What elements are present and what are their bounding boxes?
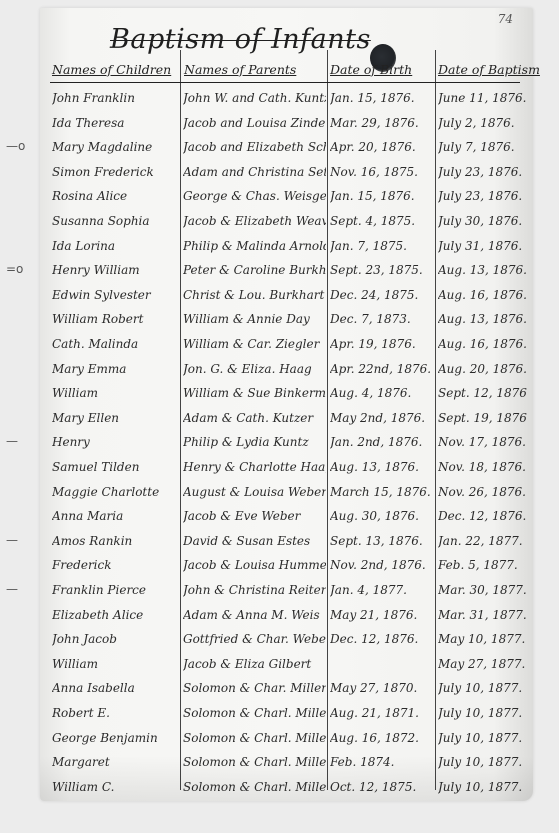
table-row: John FranklinJohn W. and Cath. KuntzJan.… bbox=[40, 88, 533, 112]
table-row: John JacobGottfried & Char. WeberDec. 12… bbox=[40, 629, 533, 653]
table-row: Cath. MalindaWilliam & Car. ZieglerApr. … bbox=[40, 334, 533, 358]
birth-date: Sept. 13, 1876. bbox=[330, 534, 435, 548]
baptism-date: July 10, 1877. bbox=[438, 731, 528, 745]
parents-names: Jon. G. & Eliza. Haag bbox=[183, 362, 326, 376]
table-row: —HenryPhilip & Lydia KuntzJan. 2nd, 1876… bbox=[40, 432, 533, 456]
parents-names: Jacob & Louisa Hummel bbox=[183, 558, 326, 572]
parents-names: John & Christina Reiter bbox=[183, 583, 326, 597]
child-name: Robert E. bbox=[52, 706, 180, 720]
baptism-date: Mar. 31, 1877. bbox=[438, 608, 528, 622]
parents-names: David & Susan Estes bbox=[183, 534, 326, 548]
parents-names: William & Annie Day bbox=[183, 312, 326, 326]
table-row: Ida LorinaPhilip & Malinda ArnoldJan. 7,… bbox=[40, 236, 533, 260]
birth-date: Sept. 23, 1875. bbox=[330, 263, 435, 277]
birth-date: March 15, 1876. bbox=[330, 485, 435, 499]
baptism-date: July 10, 1877. bbox=[438, 681, 528, 695]
parents-names: Solomon & Charl. Miller bbox=[183, 731, 326, 745]
child-name: Rosina Alice bbox=[52, 189, 180, 203]
baptism-date: July 31, 1876. bbox=[438, 239, 528, 253]
margin-mark: =o bbox=[6, 262, 23, 276]
birth-date: May 2nd, 1876. bbox=[330, 411, 435, 425]
birth-date: Jan. 4, 1877. bbox=[330, 583, 435, 597]
parents-names: Gottfried & Char. Weber bbox=[183, 632, 326, 646]
birth-date: Aug. 30, 1876. bbox=[330, 509, 435, 523]
birth-date: Aug. 21, 1871. bbox=[330, 706, 435, 720]
table-row: Samuel TildenHenry & Charlotte HaagAug. … bbox=[40, 457, 533, 481]
table-row: —Amos RankinDavid & Susan EstesSept. 13,… bbox=[40, 531, 533, 555]
parents-names: Jacob & Eliza Gilbert bbox=[183, 657, 326, 671]
birth-date: Dec. 12, 1876. bbox=[330, 632, 435, 646]
child-name: Maggie Charlotte bbox=[52, 485, 180, 499]
baptism-date: Nov. 18, 1876. bbox=[438, 460, 528, 474]
parents-names: Christ & Lou. Burkhart bbox=[183, 288, 326, 302]
child-name: Mary Magdaline bbox=[52, 140, 180, 154]
page-number: 74 bbox=[498, 12, 513, 26]
baptism-date: July 30, 1876. bbox=[438, 214, 528, 228]
birth-date: Jan. 15, 1876. bbox=[330, 189, 435, 203]
parents-names: August & Louisa Weber bbox=[183, 485, 326, 499]
header-baptism: Date of Baptism bbox=[438, 62, 540, 77]
birth-date: Dec. 24, 1875. bbox=[330, 288, 435, 302]
table-row: Mary EllenAdam & Cath. KutzerMay 2nd, 18… bbox=[40, 408, 533, 432]
birth-date: Dec. 7, 1873. bbox=[330, 312, 435, 326]
baptism-date: July 10, 1877. bbox=[438, 706, 528, 720]
birth-date: Jan. 7, 1875. bbox=[330, 239, 435, 253]
baptism-date: Aug. 13, 1876. bbox=[438, 263, 528, 277]
parents-names: Jacob and Elizabeth Schultz bbox=[183, 140, 326, 154]
child-name: Henry William bbox=[52, 263, 180, 277]
child-name: Franklin Pierce bbox=[52, 583, 180, 597]
baptism-date: June 11, 1876. bbox=[438, 91, 528, 105]
table-row: WilliamJacob & Eliza GilbertMay 27, 1877… bbox=[40, 654, 533, 678]
child-name: William bbox=[52, 657, 180, 671]
margin-mark: — bbox=[6, 434, 18, 448]
child-name: William Robert bbox=[52, 312, 180, 326]
parents-names: William & Car. Ziegler bbox=[183, 337, 326, 351]
baptism-date: Jan. 22, 1877. bbox=[438, 534, 528, 548]
baptism-date: July 23, 1876. bbox=[438, 189, 528, 203]
child-name: John Franklin bbox=[52, 91, 180, 105]
parents-names: Solomon & Char. Miller bbox=[183, 681, 326, 695]
table-row: FrederickJacob & Louisa HummelNov. 2nd, … bbox=[40, 555, 533, 579]
baptism-date: Nov. 17, 1876. bbox=[438, 435, 528, 449]
parents-names: Jacob and Louisa Zinder bbox=[183, 116, 326, 130]
child-name: Ida Lorina bbox=[52, 239, 180, 253]
child-name: William bbox=[52, 386, 180, 400]
table-row: =oHenry WilliamPeter & Caroline Burkhart… bbox=[40, 260, 533, 284]
parents-names: Philip & Malinda Arnold bbox=[183, 239, 326, 253]
parents-names: Peter & Caroline Burkhart bbox=[183, 263, 326, 277]
header-children: Names of Children bbox=[52, 62, 171, 77]
table-row: Susanna SophiaJacob & Elizabeth WeaverSe… bbox=[40, 211, 533, 235]
baptism-date: Nov. 26, 1876. bbox=[438, 485, 528, 499]
child-name: Amos Rankin bbox=[52, 534, 180, 548]
child-name: Cath. Malinda bbox=[52, 337, 180, 351]
child-name: Anna Isabella bbox=[52, 681, 180, 695]
child-name: John Jacob bbox=[52, 632, 180, 646]
baptism-date: Feb. 5, 1877. bbox=[438, 558, 528, 572]
birth-date: Aug. 13, 1876. bbox=[330, 460, 435, 474]
parents-names: George & Chas. Weisgerber bbox=[183, 189, 326, 203]
parents-names: Adam and Christina Seth bbox=[183, 165, 326, 179]
table-row: Ida TheresaJacob and Louisa ZinderMar. 2… bbox=[40, 113, 533, 137]
baptism-date: July 23, 1876. bbox=[438, 165, 528, 179]
baptism-date: Aug. 13, 1876. bbox=[438, 312, 528, 326]
parents-names: Henry & Charlotte Haag bbox=[183, 460, 326, 474]
baptism-date: May 27, 1877. bbox=[438, 657, 528, 671]
parents-names: Jacob & Elizabeth Weaver bbox=[183, 214, 326, 228]
child-name: Edwin Sylvester bbox=[52, 288, 180, 302]
birth-date: Jan. 2nd, 1876. bbox=[330, 435, 435, 449]
baptism-date: Aug. 20, 1876. bbox=[438, 362, 528, 376]
birth-date: Nov. 2nd, 1876. bbox=[330, 558, 435, 572]
child-name: Elizabeth Alice bbox=[52, 608, 180, 622]
table-row: Edwin SylvesterChrist & Lou. BurkhartDec… bbox=[40, 285, 533, 309]
parents-names: Adam & Anna M. Weis bbox=[183, 608, 326, 622]
parents-names: Solomon & Charl. Miller bbox=[183, 706, 326, 720]
birth-date: Apr. 20, 1876. bbox=[330, 140, 435, 154]
table-row: Anna MariaJacob & Eve WeberAug. 30, 1876… bbox=[40, 506, 533, 530]
baptism-date: Sept. 12, 1876. bbox=[438, 386, 528, 400]
child-name: Samuel Tilden bbox=[52, 460, 180, 474]
baptism-date: July 2, 1876. bbox=[438, 116, 528, 130]
birth-date: Aug. 16, 1872. bbox=[330, 731, 435, 745]
baptism-date: Dec. 12, 1876. bbox=[438, 509, 528, 523]
page-title: Baptism of Infants bbox=[110, 24, 371, 55]
child-name: Anna Maria bbox=[52, 509, 180, 523]
table-row: Rosina AliceGeorge & Chas. WeisgerberJan… bbox=[40, 186, 533, 210]
register-page: 74 Baptism of Infants Names of Children … bbox=[40, 8, 533, 801]
child-name: Henry bbox=[52, 435, 180, 449]
birth-date: May 27, 1870. bbox=[330, 681, 435, 695]
birth-date: Apr. 22nd, 1876. bbox=[330, 362, 435, 376]
child-name: Frederick bbox=[52, 558, 180, 572]
table-header: Names of Children Names of Parents Date … bbox=[50, 60, 520, 83]
birth-date: Nov. 16, 1875. bbox=[330, 165, 435, 179]
table-row: —oMary MagdalineJacob and Elizabeth Schu… bbox=[40, 137, 533, 161]
page-shadow bbox=[40, 756, 533, 801]
child-name: George Benjamin bbox=[52, 731, 180, 745]
baptism-date: Aug. 16, 1876. bbox=[438, 337, 528, 351]
table-row: WilliamWilliam & Sue BinkermanAug. 4, 18… bbox=[40, 383, 533, 407]
baptism-date: Mar. 30, 1877. bbox=[438, 583, 528, 597]
margin-mark: —o bbox=[6, 139, 25, 153]
birth-date: Aug. 4, 1876. bbox=[330, 386, 435, 400]
child-name: Susanna Sophia bbox=[52, 214, 180, 228]
table-row: Elizabeth AliceAdam & Anna M. WeisMay 21… bbox=[40, 605, 533, 629]
birth-date: Apr. 19, 1876. bbox=[330, 337, 435, 351]
baptism-date: Aug. 16, 1876. bbox=[438, 288, 528, 302]
parents-names: William & Sue Binkerman bbox=[183, 386, 326, 400]
table-row: Maggie CharlotteAugust & Louisa WeberMar… bbox=[40, 482, 533, 506]
child-name: Mary Emma bbox=[52, 362, 180, 376]
baptism-date: Sept. 19, 1876. bbox=[438, 411, 528, 425]
baptism-date: July 7, 1876. bbox=[438, 140, 528, 154]
parents-names: Philip & Lydia Kuntz bbox=[183, 435, 326, 449]
child-name: Ida Theresa bbox=[52, 116, 180, 130]
baptism-date: May 10, 1877. bbox=[438, 632, 528, 646]
birth-date: Mar. 29, 1876. bbox=[330, 116, 435, 130]
header-parents: Names of Parents bbox=[184, 62, 296, 77]
birth-date: Jan. 15, 1876. bbox=[330, 91, 435, 105]
table-row: Simon FrederickAdam and Christina SethNo… bbox=[40, 162, 533, 186]
table-row: George BenjaminSolomon & Charl. MillerAu… bbox=[40, 728, 533, 752]
margin-mark: — bbox=[6, 582, 18, 596]
birth-date: Sept. 4, 1875. bbox=[330, 214, 435, 228]
table-row: Robert E.Solomon & Charl. MillerAug. 21,… bbox=[40, 703, 533, 727]
header-birth: Date of Birth bbox=[330, 62, 412, 77]
parents-names: Jacob & Eve Weber bbox=[183, 509, 326, 523]
parents-names: John W. and Cath. Kuntz bbox=[183, 91, 326, 105]
table-row: William RobertWilliam & Annie DayDec. 7,… bbox=[40, 309, 533, 333]
parents-names: Adam & Cath. Kutzer bbox=[183, 411, 326, 425]
table-row: Mary EmmaJon. G. & Eliza. HaagApr. 22nd,… bbox=[40, 359, 533, 383]
table-row: Anna IsabellaSolomon & Char. MillerMay 2… bbox=[40, 678, 533, 702]
child-name: Simon Frederick bbox=[52, 165, 180, 179]
child-name: Mary Ellen bbox=[52, 411, 180, 425]
birth-date: May 21, 1876. bbox=[330, 608, 435, 622]
table-row: —Franklin PierceJohn & Christina ReiterJ… bbox=[40, 580, 533, 604]
margin-mark: — bbox=[6, 533, 18, 547]
